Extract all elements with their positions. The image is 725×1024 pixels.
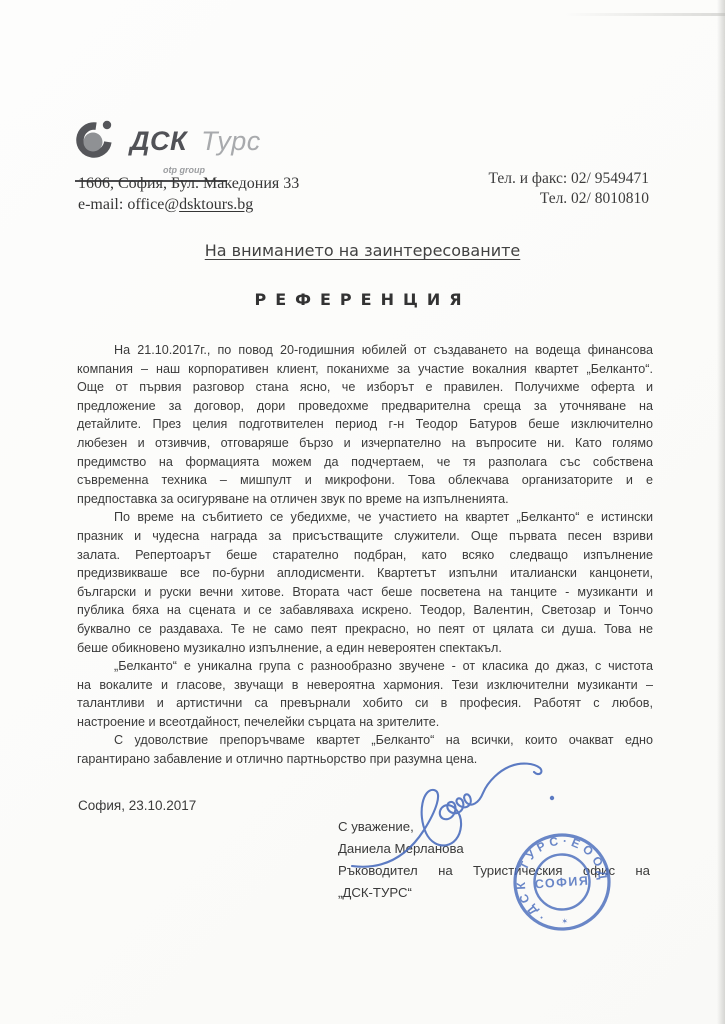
body-line: залата. Репертоарът беше старателно подб… [77,546,653,565]
logo-text-dsk: ДСК [130,126,187,156]
body-line: български и руски вечни хитове. Втората … [77,583,653,602]
body-line: съвременна техника – мишпулт и микрофони… [77,471,653,490]
stamp-bottom-star: ✶ [561,917,568,926]
body-line: на вокалите и гласове, звучащи в невероя… [77,676,653,695]
body-line: компания – наш корпоративен клиент, пока… [77,360,653,379]
body-line: предложение за договор, дори проведохме … [77,397,653,416]
company-contact-block: 1606, София, Бул. Македония 33 e-mail: o… [78,173,299,215]
place-date: София, 23.10.2017 [78,798,196,813]
body-line: предпоставка за осигуряване на отличен з… [77,490,653,509]
scan-edge-shadow [717,0,725,1024]
body-line: предизвикваше все по-бурни аплодисменти.… [77,564,653,583]
body-line: детайлите. През целия подготвителен пери… [77,415,653,434]
body-line: буквално се раздаваха. Те не само пеят п… [77,620,653,639]
company-address: 1606, София, Бул. Македония 33 [78,173,299,194]
dsk-swirl-icon [75,116,119,167]
signer-company: „ДСК-ТУРС“ [338,882,650,904]
body-line: На 21.10.2017г., по повод 20-годишния юб… [77,341,653,360]
signature-block: С уважение, Даниела Мерланова Ръководите… [338,816,650,904]
phone-line: Тел. 02/ 8010810 [489,189,649,209]
attention-heading: На вниманието на заинтересованите [0,241,725,260]
closing-salutation: С уважение, [338,816,650,838]
body-line: настроение и всеотдайност, печелейки сър… [77,713,653,732]
body-line: Още от първия разговор стана ясно, че из… [77,378,653,397]
signer-name: Даниела Мерланова [338,838,650,860]
body-line: публика бяха на сцената и се забавляваха… [77,601,653,620]
phone-fax-line: Тел. и факс: 02/ 9549471 [489,169,649,189]
body-line: празник и чудесна награда за присъстващи… [77,527,653,546]
email-domain: dsktours.bg [179,196,253,213]
body-line: гарантирано забавление и отлично партньо… [77,750,653,769]
logo-text-tours: Турс [201,126,261,156]
body-line: предимство на формацията можем да подчер… [77,453,653,472]
company-phones-block: Тел. и факс: 02/ 9549471 Тел. 02/ 801081… [489,169,649,209]
signer-role: Ръководител на Туристическия офис на [338,860,650,882]
body-line: любезен и отзивчив, отговаряше бързо и и… [77,434,653,453]
body-line: По време на събитието се убедихме, че уч… [77,508,653,527]
page-title: РЕФЕРЕНЦИЯ [0,290,725,309]
company-email: e-mail: office@dsktours.bg [78,194,299,215]
body-line: беше обикновено музикално изпълнение, а … [77,639,653,658]
document-page: ДСК Турс otp group 1606, София, Бул. Мак… [0,0,725,1024]
scan-artifact-line [565,13,725,16]
letter-body: На 21.10.2017г., по повод 20-годишния юб… [77,341,653,769]
body-line: талантливи и артистични са превърнали хо… [77,694,653,713]
body-line: С удоволствие препоръчваме квартет „Белк… [77,731,653,750]
logo-wordmark: ДСК Турс [130,126,261,157]
body-line: „Белканто“ е уникална група с разнообраз… [77,657,653,676]
